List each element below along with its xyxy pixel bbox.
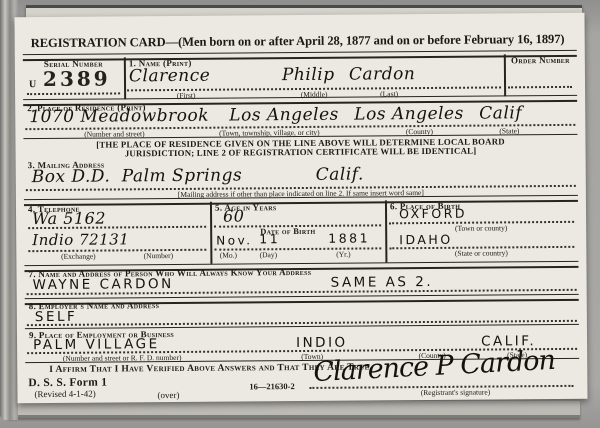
dob-sub-year: (Yr.) bbox=[336, 250, 350, 259]
birthplace-town-value: OXFORD bbox=[399, 206, 467, 222]
telephone-exchange-value: Wa 5162 bbox=[32, 209, 106, 229]
contact-address-value: SAME AS 2. bbox=[331, 274, 434, 291]
order-number-rule bbox=[508, 86, 572, 89]
form-number: D. S. S. Form 1 bbox=[28, 377, 107, 390]
telephone-rule-2 bbox=[28, 249, 206, 252]
residence-street-value: 1070 Meadowbrook bbox=[29, 106, 209, 127]
residence-state-value: Calif bbox=[479, 103, 522, 123]
birthplace-sub-town: (Town or county) bbox=[455, 223, 507, 232]
serial-rule bbox=[27, 92, 120, 95]
name-first-value: Clarence bbox=[129, 66, 210, 87]
dob-sub-day: (Day) bbox=[260, 250, 278, 259]
telephone-sub-number: (Number) bbox=[144, 251, 174, 260]
mailing-state-value: Calif. bbox=[316, 165, 364, 185]
telephone-number-value: Indio 72131 bbox=[32, 230, 129, 249]
mailing-box-value: Box D.D. bbox=[32, 166, 111, 187]
form-revised: (Revised 4-1-42) bbox=[34, 389, 95, 399]
order-number-label: Order Number bbox=[504, 55, 577, 66]
dob-rule bbox=[214, 247, 381, 250]
residence-county-value: Los Angeles bbox=[354, 104, 464, 125]
dob-month-value: Nov. bbox=[216, 233, 252, 247]
serial-number-value: 2389 bbox=[43, 66, 111, 91]
stacked-card-edge-bottom bbox=[8, 401, 580, 418]
dob-year-value: 1881 bbox=[328, 230, 370, 245]
telephone-sub-exchange: (Exchange) bbox=[61, 252, 96, 261]
residence-city-value: Los Angeles bbox=[229, 105, 339, 126]
birthplace-sub-state: (State or country) bbox=[455, 248, 508, 257]
name-middle-value: Philip bbox=[282, 65, 335, 85]
dob-sub-month: (Mo.) bbox=[220, 251, 237, 260]
divider-age-birth bbox=[385, 200, 387, 262]
contact-name-value: WAYNE CARDON bbox=[33, 276, 174, 293]
signature-sub-label: (Registrant's signature) bbox=[421, 388, 491, 398]
card-title: REGISTRATION CARD—(Men born on or after … bbox=[31, 32, 565, 51]
telephone-rule-1 bbox=[28, 226, 206, 229]
over-note: (over) bbox=[157, 390, 179, 400]
dob-day-value: 11 bbox=[259, 231, 280, 246]
age-value: 60 bbox=[223, 206, 245, 225]
divider-tel-age bbox=[210, 202, 212, 264]
employer-value: SELF bbox=[35, 309, 78, 325]
registration-card: REGISTRATION CARD—(Men born on or after … bbox=[14, 13, 587, 403]
photo-background: REGISTRATION CARD—(Men born on or after … bbox=[0, 0, 600, 428]
print-code: 16—21630-2 bbox=[249, 381, 294, 391]
mailing-city-value: Palm Springs bbox=[122, 165, 243, 186]
birthplace-state-value: IDAHO bbox=[399, 232, 453, 247]
serial-prefix: U bbox=[29, 79, 37, 90]
divider-serial-name bbox=[124, 57, 126, 99]
divider-row3 bbox=[24, 195, 578, 206]
name-last-value: Cardon bbox=[349, 64, 415, 85]
employment-town-value: INDIO bbox=[296, 335, 348, 351]
